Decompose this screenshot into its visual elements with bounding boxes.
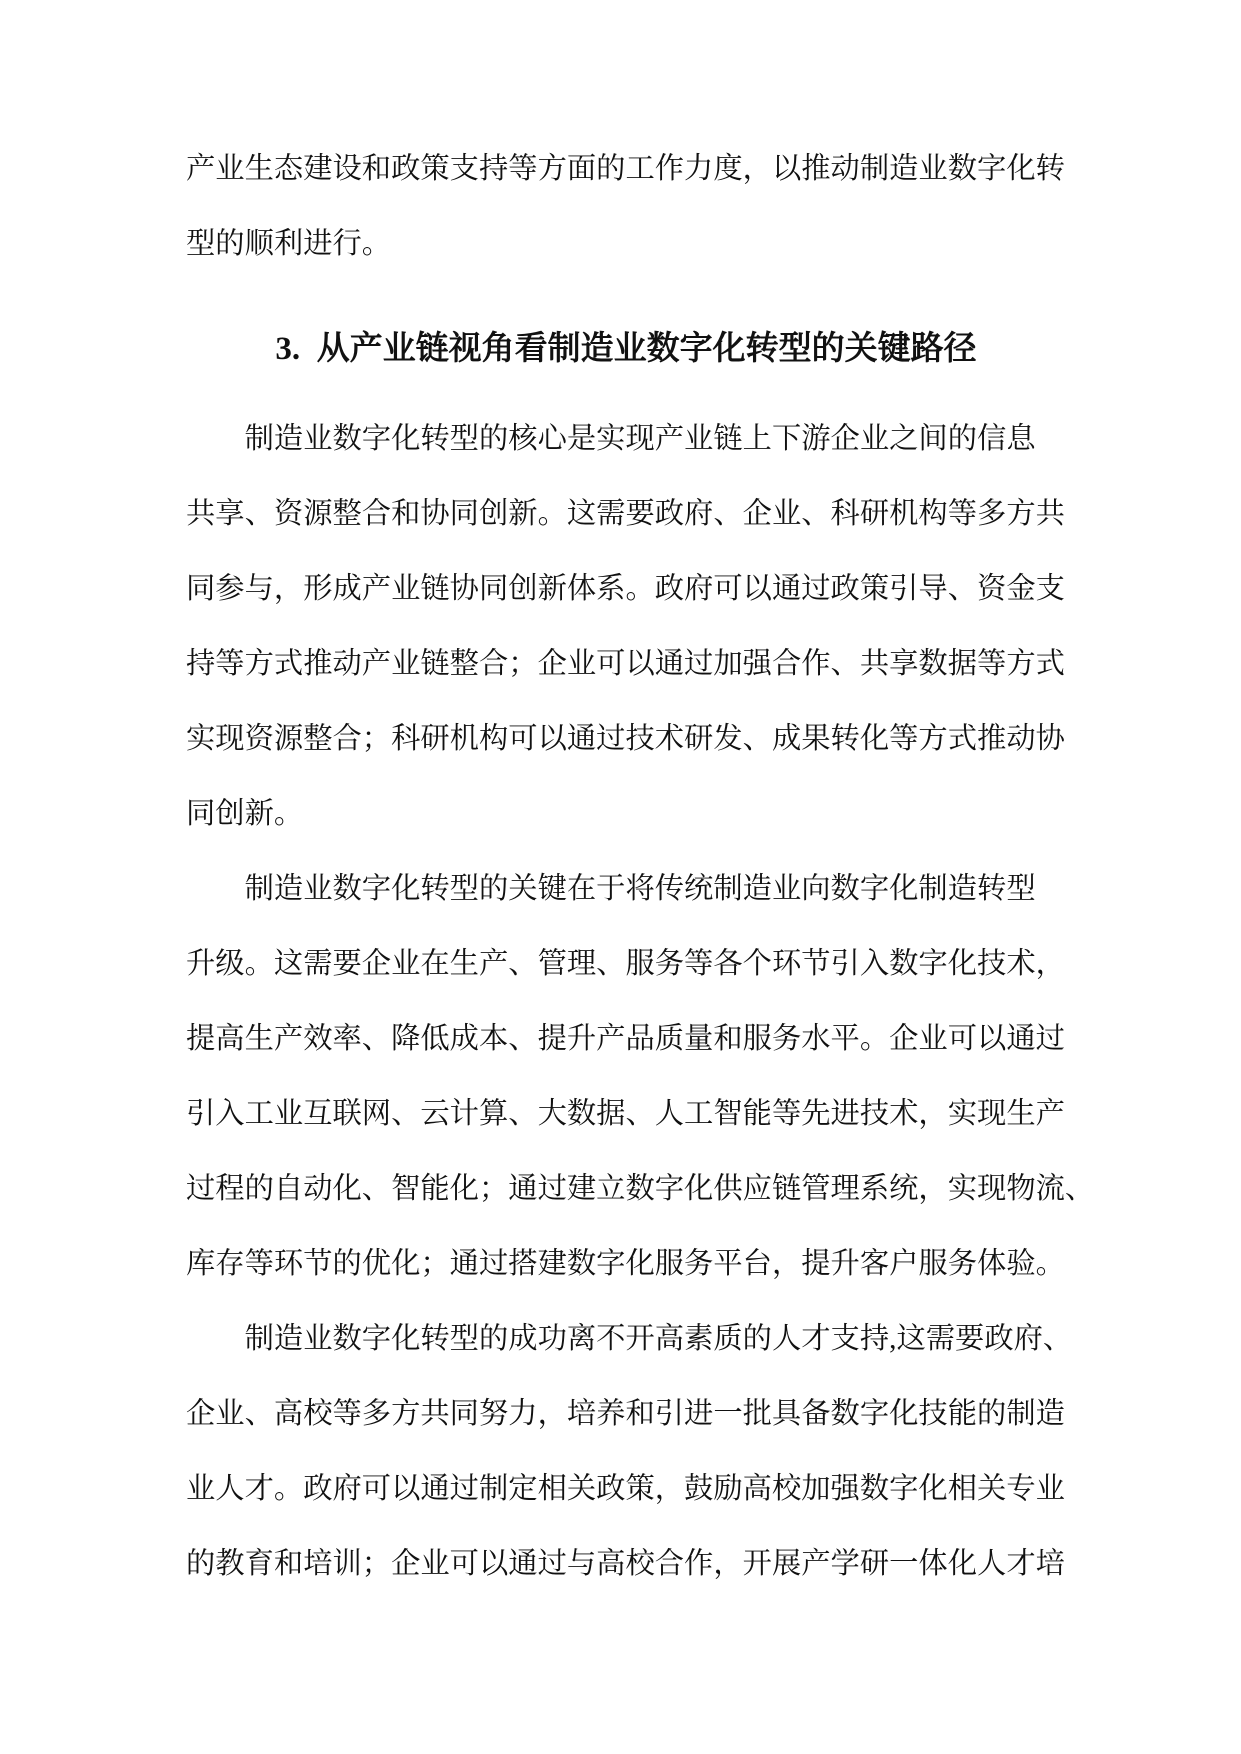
text-line: 库存等环节的优化；通过搭建数字化服务平台，提升客户服务体验。 [186, 1227, 1066, 1302]
text-line: 升级。这需要企业在生产、管理、服务等各个环节引入数字化技术， [186, 927, 1066, 1002]
text-line: 持等方式推动产业链整合；企业可以通过加强合作、共享数据等方式 [186, 627, 1066, 702]
document-page: 产业生态建设和政策支持等方面的工作力度，以推动制造业数字化转 型的顺利进行。 3… [0, 0, 1241, 1754]
text-line: 提高生产效率、降低成本、提升产品质量和服务水平。企业可以通过 [186, 1002, 1066, 1077]
text-line: 同参与，形成产业链协同创新体系。政府可以通过政策引导、资金支 [186, 552, 1066, 627]
text-line: 的教育和培训；企业可以通过与高校合作，开展产学研一体化人才培 [186, 1527, 1066, 1602]
document-body: 产业生态建设和政策支持等方面的工作力度，以推动制造业数字化转 型的顺利进行。 3… [186, 132, 1066, 1602]
text-line: 过程的自动化、智能化；通过建立数字化供应链管理系统，实现物流、 [186, 1152, 1066, 1227]
text-line: 引入工业互联网、云计算、大数据、人工智能等先进技术，实现生产 [186, 1077, 1066, 1152]
text-line: 制造业数字化转型的关键在于将传统制造业向数字化制造转型 [186, 852, 1066, 927]
text-line: 同创新。 [186, 777, 1066, 852]
text-line: 产业生态建设和政策支持等方面的工作力度，以推动制造业数字化转 [186, 132, 1066, 207]
text-line: 共享、资源整合和协同创新。这需要政府、企业、科研机构等多方共 [186, 477, 1066, 552]
text-line: 制造业数字化转型的核心是实现产业链上下游企业之间的信息 [186, 402, 1066, 477]
text-line: 企业、高校等多方共同努力，培养和引进一批具备数字化技能的制造 [186, 1377, 1066, 1452]
text-line: 型的顺利进行。 [186, 207, 1066, 282]
text-line: 制造业数字化转型的成功离不开高素质的人才支持,这需要政府、 [186, 1302, 1066, 1377]
text-line: 实现资源整合；科研机构可以通过技术研发、成果转化等方式推动协 [186, 702, 1066, 777]
text-line: 业人才。政府可以通过制定相关政策，鼓励高校加强数字化相关专业 [186, 1452, 1066, 1527]
section-heading: 3. 从产业链视角看制造业数字化转型的关键路径 [186, 312, 1066, 387]
